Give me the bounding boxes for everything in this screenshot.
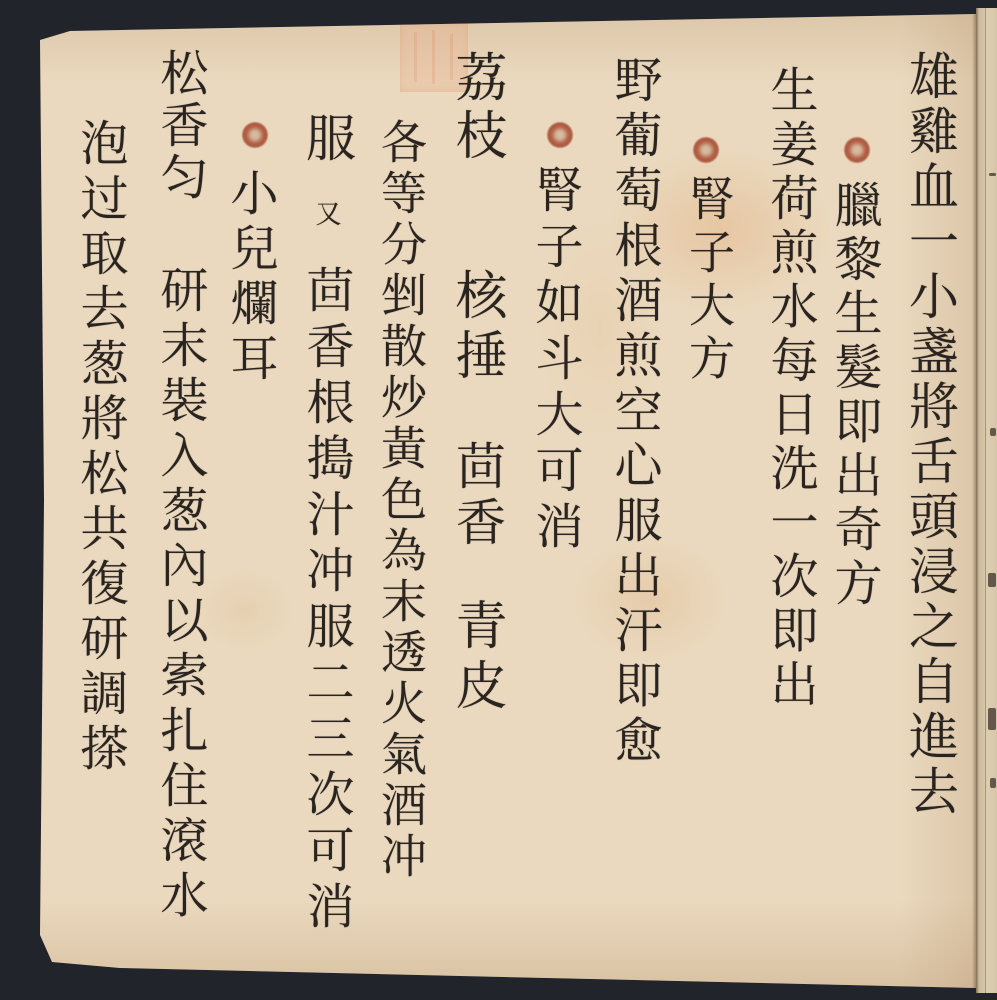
text-column-9-start: 服 (302, 112, 352, 162)
recipe-heading-column-6: 腎子如斗大可消 (531, 165, 579, 557)
ingredient-green-peel: 青皮 (450, 598, 502, 718)
ingredient-kernel: 核捶 (450, 268, 502, 388)
ink-fragment (990, 428, 996, 436)
text-column-12: 泡过取去葱將松共復研調搽 (76, 118, 124, 778)
text-column-11-start: 松香匀 (156, 48, 204, 204)
text-column-9-note: 又 (313, 200, 339, 226)
ingredient-fennel: 茴香 (452, 440, 502, 552)
text-column-11-body: 研末裝入葱內以索扎住滾水 (156, 265, 204, 925)
recipe-heading-column-2: 臘黎生髮即出奇方 (830, 180, 878, 612)
recipe-heading-column-10: 小兒爛耳 (226, 168, 274, 388)
text-column-8: 各等分剉散炒黃色為末透火氣酒冲 (378, 118, 424, 883)
red-circle-marker-icon (844, 137, 870, 163)
red-circle-marker-icon (547, 122, 573, 148)
text-column-3: 生姜荷煎水每日洗一次即出 (766, 65, 814, 713)
red-circle-marker-icon (242, 122, 268, 148)
page-rule-line (985, 8, 986, 993)
text-column-9-body: 茴香根搗汁冲服二三次可消 (302, 265, 350, 937)
scan-background: 雄雞血一小盞將舌頭浸之自進去 臘黎生髮即出奇方 生姜荷煎水每日洗一次即出 腎子大… (0, 0, 997, 1000)
seal-stroke (432, 30, 435, 84)
seal-stroke (414, 32, 417, 82)
adjacent-page-edge (976, 8, 997, 993)
ingredient-lychee: 荔枝 (450, 50, 502, 166)
recipe-heading-column-4: 腎子大方 (686, 175, 732, 387)
ink-fragment (988, 708, 996, 730)
ink-fragment (988, 573, 996, 587)
ink-fragment (990, 778, 996, 788)
ink-fragment (989, 173, 996, 176)
text-column-1: 雄雞血一小盞將舌頭浸之自進去 (905, 50, 955, 820)
manuscript-page: 雄雞血一小盞將舌頭浸之自進去 臘黎生髮即出奇方 生姜荷煎水每日洗一次即出 腎子大… (0, 0, 976, 1000)
text-column-5: 野葡萄根酒煎空心服出汗即愈 (610, 55, 658, 770)
red-circle-marker-icon (693, 137, 719, 163)
